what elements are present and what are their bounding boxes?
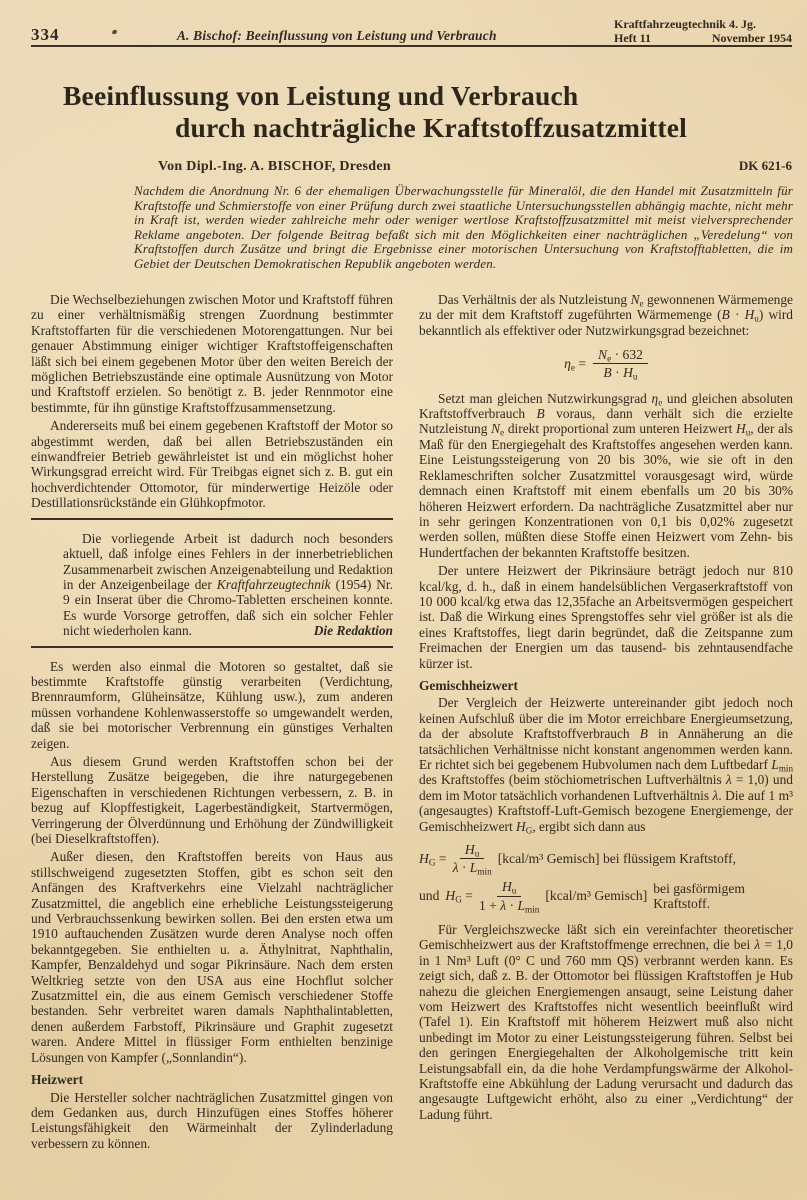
body-paragraph: Die Hersteller solcher nachträglichen Zu… <box>31 1090 393 1152</box>
running-title: A. Bischof: Beeinflussung von Leistung u… <box>60 28 615 45</box>
fraction-denominator: λ · Lmin <box>453 859 492 875</box>
dk-classification: DK 621-6 <box>739 158 792 174</box>
journal-title: Kraftfahrzeugtechnik 4. Jg. <box>614 18 792 32</box>
journal-info: Kraftfahrzeugtechnik 4. Jg. Heft 11 Nove… <box>614 18 792 45</box>
left-column: Die Wechselbeziehungen zwischen Motor un… <box>31 292 393 1172</box>
fraction-numerator: Hu <box>460 842 484 859</box>
formula-lhs: HG = <box>445 888 473 903</box>
fraction-denominator: B · Hu <box>603 364 637 380</box>
body-paragraph: Der untere Heizwert der Pikrinsäure betr… <box>419 563 793 671</box>
divider-rule <box>31 646 393 648</box>
body-paragraph: Setzt man gleichen Nutzwirkungsgrad ηe u… <box>419 391 793 560</box>
formula-mixture-gas: und HG = Hu 1 + λ · Lmin [kcal/m³ Gemisc… <box>419 879 793 912</box>
formula-efficiency: ηe = Ne · 632 B · Hu <box>419 347 793 380</box>
fraction-numerator: Hu <box>497 879 521 896</box>
editorial-note: Die vorliegende Arbeit ist dadurch noch … <box>63 531 393 639</box>
body-paragraph: Es werden also einmal die Motoren so ges… <box>31 659 393 751</box>
fraction: Hu 1 + λ · Lmin <box>479 879 539 912</box>
body-paragraph: Die Wechselbeziehungen zwischen Motor un… <box>31 292 393 415</box>
byline-row: Von Dipl.-Ing. A. BISCHOF, Dresden DK 62… <box>158 152 792 175</box>
article-title-line2: durch nachträgliche Kraftstoffzusatzmitt… <box>175 112 792 144</box>
body-paragraph: Für Vergleichszwecke läßt sich ein verei… <box>419 922 793 1122</box>
formula-condition: bei gasförmigem Kraftstoff. <box>653 881 745 912</box>
abstract: Nachdem die Anordnung Nr. 6 der ehemalig… <box>134 184 793 272</box>
fraction: Hu λ · Lmin <box>453 842 492 875</box>
right-column: Das Verhältnis der als Nutzleistung Ne g… <box>419 292 793 1172</box>
fraction-numerator: Ne · 632 <box>593 347 648 364</box>
journal-page: 334 A. Bischof: Beeinflussung von Leistu… <box>0 0 807 1200</box>
body-paragraph: Außer diesen, den Kraftstoffen bereits v… <box>31 849 393 1065</box>
page-number: 334 <box>31 25 60 45</box>
formula-lhs: ηe = <box>564 356 586 371</box>
fraction-denominator: 1 + λ · Lmin <box>479 897 539 913</box>
formula-condition-line2: Kraftstoff. <box>653 896 745 912</box>
article-title-line1: Beeinflussung von Leistung und Verbrauch <box>63 80 792 112</box>
formula-condition-line1: bei gasförmigem <box>653 881 745 897</box>
author-byline: Von Dipl.-Ing. A. BISCHOF, Dresden <box>158 159 391 175</box>
formula-unit-text: [kcal/m³ Gemisch] <box>545 888 647 903</box>
running-header: 334 A. Bischof: Beeinflussung von Leistu… <box>31 18 792 45</box>
formula-unit-text: [kcal/m³ Gemisch] bei flüssigem Kraftsto… <box>498 851 736 866</box>
formula-prefix: und <box>419 888 439 903</box>
section-heading-gemischheizwert: Gemischheizwert <box>419 678 793 693</box>
section-heading-heizwert: Heizwert <box>31 1072 393 1087</box>
journal-issue: Heft 11 <box>614 32 651 46</box>
body-paragraph: Aus diesem Grund werden Kraftstoffen sch… <box>31 754 393 846</box>
fraction: Ne · 632 B · Hu <box>593 347 648 380</box>
body-paragraph: Andererseits muß bei einem gegebenen Kra… <box>31 418 393 510</box>
article-title: Beeinflussung von Leistung und Verbrauch… <box>63 80 792 144</box>
formula-mixture-liquid: HG = Hu λ · Lmin [kcal/m³ Gemisch] bei f… <box>419 842 793 875</box>
journal-date: November 1954 <box>712 32 792 46</box>
formula-lhs: HG = <box>419 851 447 866</box>
divider-rule <box>31 518 393 520</box>
body-paragraph: Das Verhältnis der als Nutzleistung Ne g… <box>419 292 793 338</box>
header-rule <box>31 45 792 47</box>
body-paragraph: Der Vergleich der Heizwerte untereinande… <box>419 695 793 834</box>
